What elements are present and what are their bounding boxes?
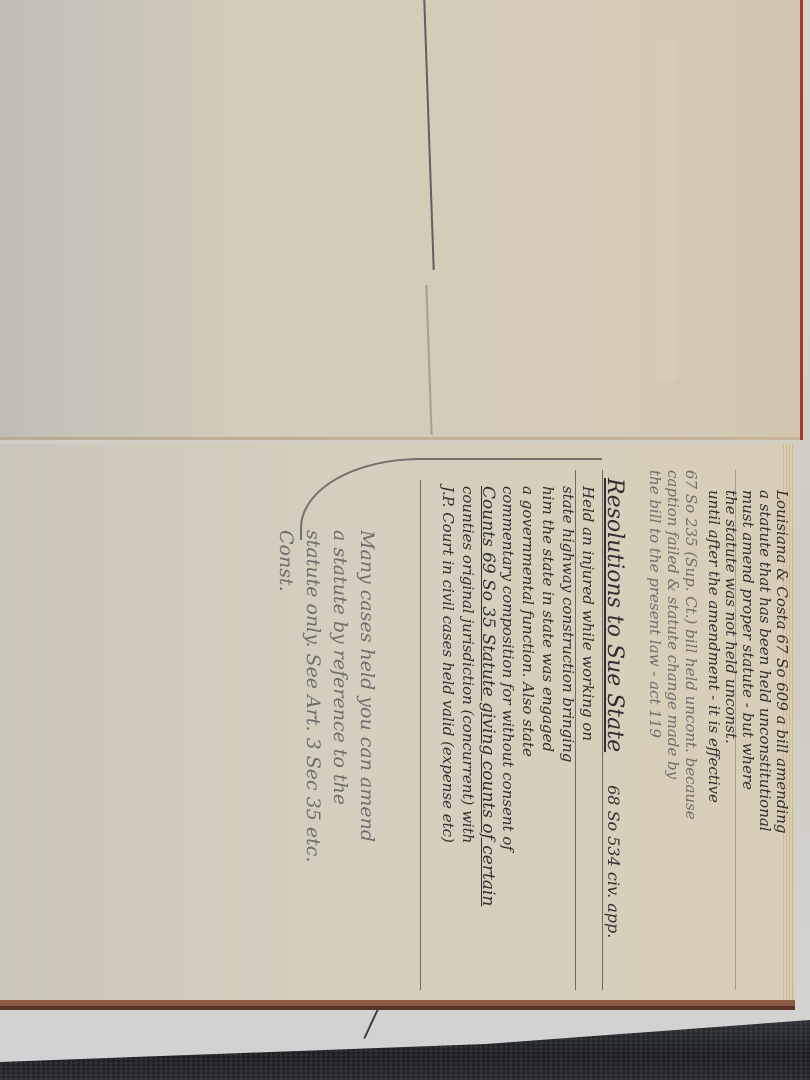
- ink-note-line: caption failed & statute change made by: [664, 470, 682, 820]
- body-line: counties original jurisdiction (concurre…: [458, 486, 478, 906]
- heading-citation: 68 So 534 civ. app.: [604, 785, 623, 938]
- pencil-note-line: Const.: [272, 530, 299, 862]
- heading: Resolutions to Sue State: [602, 478, 627, 752]
- body-line: Counts 69 So 35 Statute giving counts of…: [478, 486, 498, 906]
- pencil-note-line: statute only. See Art. 3 Sec 35 etc.: [299, 530, 326, 862]
- ink-note-line: the statute was not held unconst.: [722, 490, 739, 834]
- body-line: state highway construction bringing: [558, 486, 578, 906]
- body-line: commentary composition for without conse…: [498, 486, 518, 906]
- ink-note-line: until after the amendment - it is effect…: [705, 490, 722, 834]
- ink-notes-block-2: 67 So 235 (Sup. Ct.) bill held uncont. b…: [646, 470, 700, 820]
- pencil-note-line: a statute by reference to the: [326, 530, 353, 862]
- margin-rule: [423, 0, 434, 270]
- body-block: Held an injured while working on state h…: [438, 486, 598, 906]
- ink-note-line: Louisiana & Costa 67 So 609 a bill amend…: [773, 490, 790, 834]
- page-fold: [0, 437, 800, 440]
- ink-note-line: the bill to the present law - act 119: [646, 470, 664, 820]
- margin-rule-faint: [425, 285, 432, 435]
- body-line: J.P. Court in civil cases held valid (ex…: [438, 486, 458, 906]
- upper-blank-page: [0, 0, 803, 440]
- body-line: a governmental function. Also state: [518, 486, 538, 906]
- pencil-note-line: Many cases held you can amend: [353, 530, 380, 862]
- heading-block: Resolutions to Sue State 68 So 534 civ. …: [601, 478, 626, 938]
- ink-notes-block: Louisiana & Costa 67 So 609 a bill amend…: [705, 490, 790, 834]
- ghost-rule: [655, 40, 677, 380]
- ink-note-line: a statute that has been held unconstitut…: [756, 490, 773, 834]
- body-line: him the state in state was engaged: [538, 486, 558, 906]
- body-line: Held an injured while working on: [578, 486, 598, 906]
- ink-note-line: must amend proper statute - but where: [739, 490, 756, 834]
- pencil-notes-block: Many cases held you can amend a statute …: [272, 530, 380, 862]
- ink-note-line: 67 So 235 (Sup. Ct.) bill held uncont. b…: [682, 470, 700, 820]
- photo-scene: Louisiana & Costa 67 So 609 a bill amend…: [0, 0, 810, 1080]
- ledger-rule: [420, 480, 421, 990]
